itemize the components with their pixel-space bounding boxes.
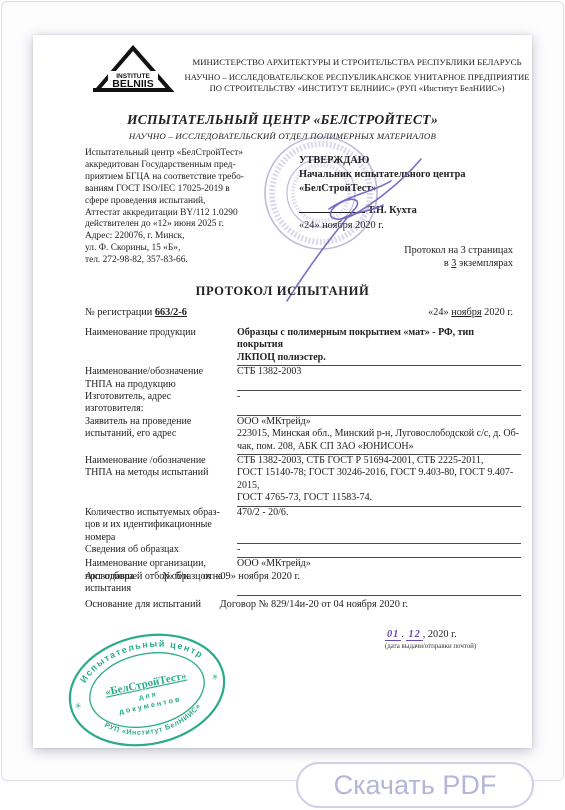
field-value: СТБ 1382-2003, СТБ ГОСТ Р 51694-2001, СТ…: [237, 455, 521, 507]
ministry-line: МИНИСТЕРСТВО АРХИТЕКТУРЫ И СТРОИТЕЛЬСТВА…: [171, 57, 543, 68]
sampling-act-row: Акт отбора № б/н от «09» ноября 2020 г.: [85, 571, 300, 583]
accreditation-line: Аттестат аккредитации BY/112 1.0290: [85, 208, 253, 220]
ministry-header: МИНИСТЕРСТВО АРХИТЕКТУРЫ И СТРОИТЕЛЬСТВА…: [171, 57, 543, 94]
registration-date: «24» ноября 2020 г.: [428, 307, 513, 319]
accreditation-line: действителен до «12» июня 2025 г.: [85, 219, 253, 231]
issue-date-block: 01. 12, 2020 г. (дата выдачи/отправки по…: [385, 629, 476, 651]
issue-day-handwritten: 01: [385, 629, 401, 641]
field-row-sample-info: Сведения об образцах -: [85, 544, 521, 558]
field-row-sample-count: Количество испытуемых образ- цов и их ид…: [85, 507, 521, 544]
field-value: Образцы с полимерным покрытием «мат» - Р…: [237, 327, 521, 366]
accreditation-line: ул. Ф. Скорины, 15 «Б»,: [85, 243, 253, 255]
basis-label: Основание для испытаний: [85, 599, 201, 610]
issue-month-handwritten: 12: [406, 629, 422, 641]
act-date: от «09» ноября 2020 г.: [203, 571, 300, 582]
green-oval-stamp-icon: Испытательный центр РУП «Институт БелНИИ…: [61, 631, 233, 749]
org-line-2: ПО СТРОИТЕЛЬСТВУ «ИНСТИТУТ БЕЛНИИС» (РУП…: [171, 83, 543, 94]
field-label: Количество испытуемых образ- цов и их ид…: [85, 507, 237, 544]
field-value: ООО «МКтрейд» 223015, Минская обл., Минс…: [237, 416, 521, 455]
accreditation-line: ваниям ГОСТ ISO/IEC 17025-2019 в: [85, 184, 253, 196]
field-label: Изготовитель, адрес изготовителя:: [85, 391, 237, 416]
org-line-1: НАУЧНО – ИССЛЕДОВАТЕЛЬСКОЕ РЕСПУБЛИКАНСК…: [171, 72, 543, 83]
act-number: № б/н: [163, 571, 189, 582]
registration-row: № регистрации 663/2-6 «24» ноября 2020 г…: [85, 307, 513, 319]
belniis-logo-icon: INSTITUTE BELNIIS: [91, 45, 175, 103]
issue-year: , 2020 г.: [423, 629, 457, 640]
logo-line2: BELNIIS: [112, 78, 153, 90]
accreditation-line: приятием БГЦА на соответствие требо-: [85, 172, 253, 184]
field-value: -: [237, 391, 521, 416]
basis-value: Договор № 829/14и-20 от 04 ноября 2020 г…: [220, 599, 408, 610]
field-value: 470/2 - 20/6.: [237, 507, 521, 544]
protocol-title: ПРОТОКОЛ ИСПЫТАНИЙ: [33, 285, 532, 297]
field-label: Наименование /обозначение ТНПА на методы…: [85, 455, 237, 507]
act-label: Акт отбора: [85, 571, 134, 582]
accreditation-line: тел. 272-98-82, 357-83-66.: [85, 255, 253, 267]
document-scan: INSTITUTE BELNIIS МИНИСТЕРСТВО АРХИТЕКТУ…: [33, 35, 532, 748]
test-center-title: ИСПЫТАТЕЛЬНЫЙ ЦЕНТР «БЕЛСТРОЙТЕСТ»: [33, 114, 532, 126]
accreditation-line: аккредитован Государственным пред-: [85, 160, 253, 172]
field-label: Наименование продукции: [85, 327, 237, 366]
accreditation-line: сфере проведения испытаний,: [85, 196, 253, 208]
field-row-tnpa-methods: Наименование /обозначение ТНПА на методы…: [85, 455, 521, 507]
svg-text:✳: ✳: [74, 701, 83, 711]
field-value: -: [237, 544, 521, 558]
test-basis-row: Основание для испытаний Договор № 829/14…: [85, 599, 408, 611]
accreditation-line: Испытательный центр «БелСтройТест»: [85, 148, 253, 160]
field-row-product: Наименование продукции Образцы с полимер…: [85, 327, 521, 366]
field-label: Заявитель на проведение испытаний, его а…: [85, 416, 237, 455]
accreditation-line: Адрес: 220076, г. Минск,: [85, 231, 253, 243]
field-row-tnpa-product: Наименование/обозначение ТНПА на продукц…: [85, 366, 521, 391]
issue-date-caption: (дата выдачи/отправки почтой): [385, 643, 476, 651]
svg-text:✳: ✳: [211, 672, 220, 682]
download-pdf-button[interactable]: Скачать PDF: [296, 762, 534, 808]
field-label: Наименование/обозначение ТНПА на продукц…: [85, 366, 237, 391]
field-row-manufacturer: Изготовитель, адрес изготовителя: -: [85, 391, 521, 416]
registration-number: № регистрации 663/2-6: [85, 307, 187, 319]
field-value: СТБ 1382-2003: [237, 366, 521, 391]
accreditation-block: Испытательный центр «БелСтройТест» аккре…: [85, 148, 253, 267]
field-row-applicant: Заявитель на проведение испытаний, его а…: [85, 416, 521, 455]
field-label: Сведения об образцах: [85, 544, 237, 558]
fields-table: Наименование продукции Образцы с полимер…: [85, 327, 521, 596]
